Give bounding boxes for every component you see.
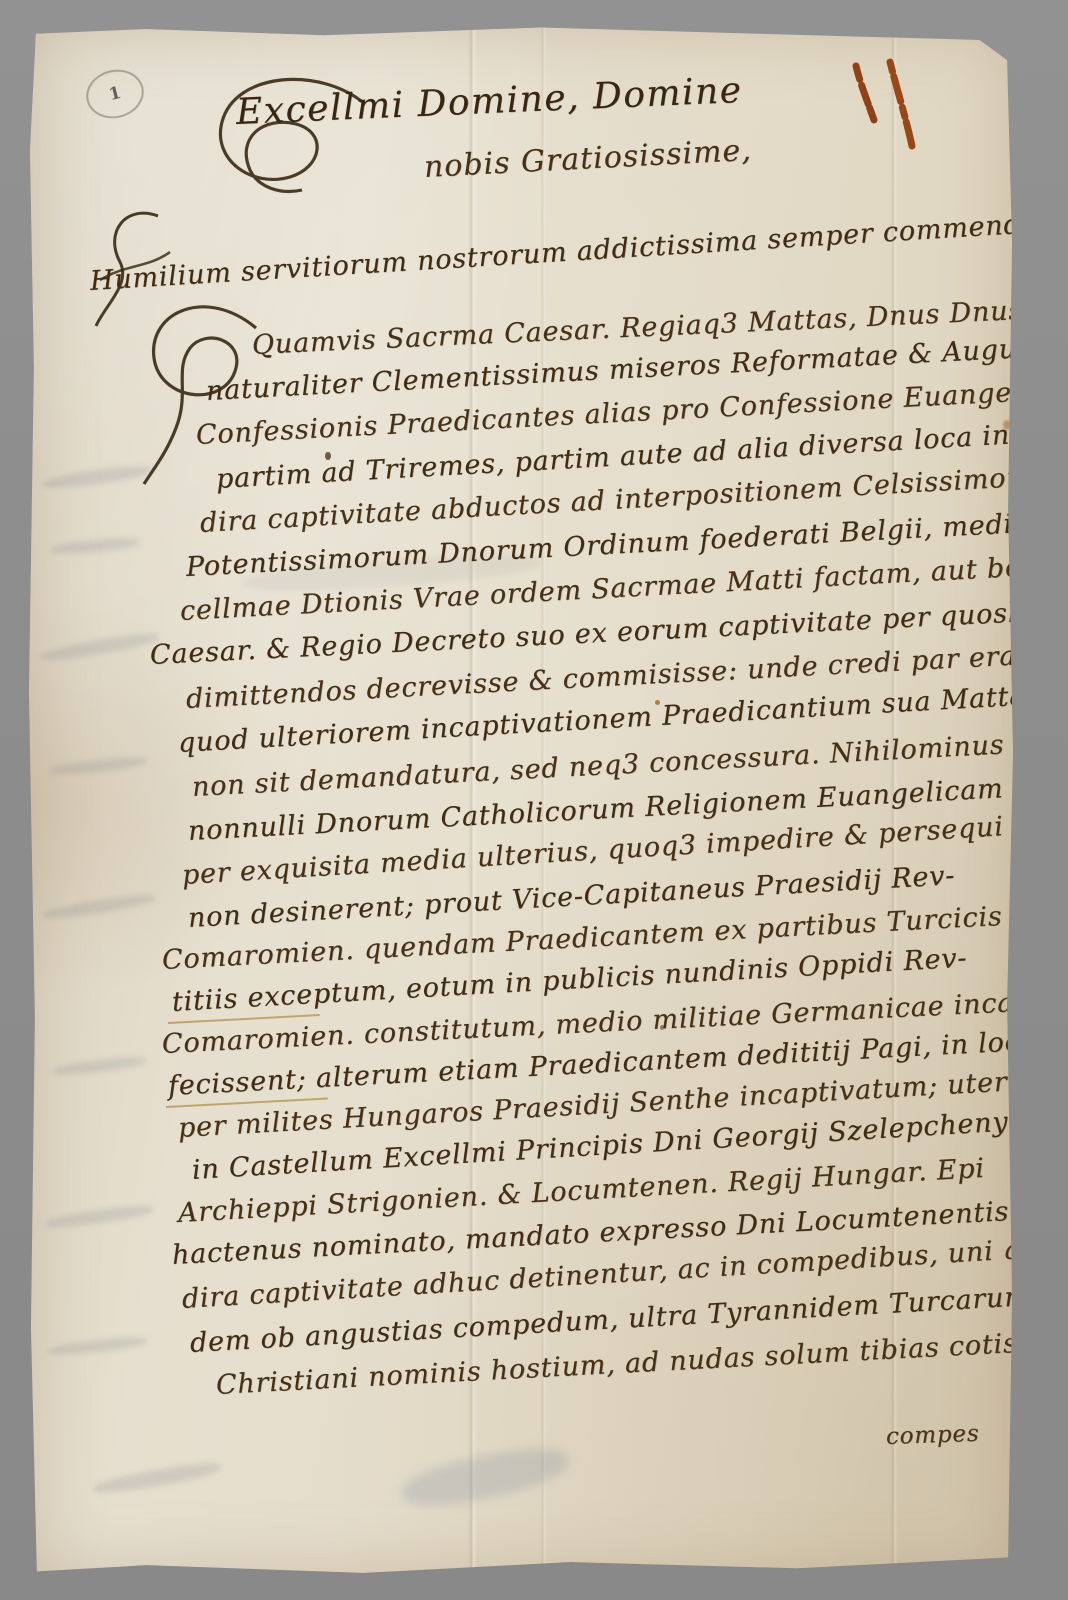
heading-line-1: Excellmi Domine, Domine [235, 70, 743, 133]
ghost-bleedthrough [42, 891, 158, 922]
folio-number: 1 [107, 83, 123, 105]
ghost-bleedthrough [92, 1459, 223, 1497]
heading-line-2: nobis Gratiosissime, [423, 133, 753, 185]
ghost-bleedthrough [40, 630, 161, 665]
ghost-bleedthrough [42, 462, 153, 491]
ghost-bleedthrough [48, 755, 149, 777]
ghost-bleedthrough [397, 1439, 572, 1515]
ghost-bleedthrough [50, 536, 141, 556]
folio-number-stamp: 1 [81, 64, 149, 125]
manuscript-page: 1 Excellmi Domine, Domine nobis Gratiosi… [28, 26, 1014, 1576]
red-ink-marks [838, 58, 948, 153]
ghost-bleedthrough [52, 1054, 148, 1077]
salutation-line: Humilium servitiorum nostrorum addictiss… [89, 201, 1068, 297]
catchword: compes [886, 1421, 980, 1450]
ghost-bleedthrough [44, 1202, 155, 1230]
ghost-bleedthrough [48, 1335, 149, 1357]
